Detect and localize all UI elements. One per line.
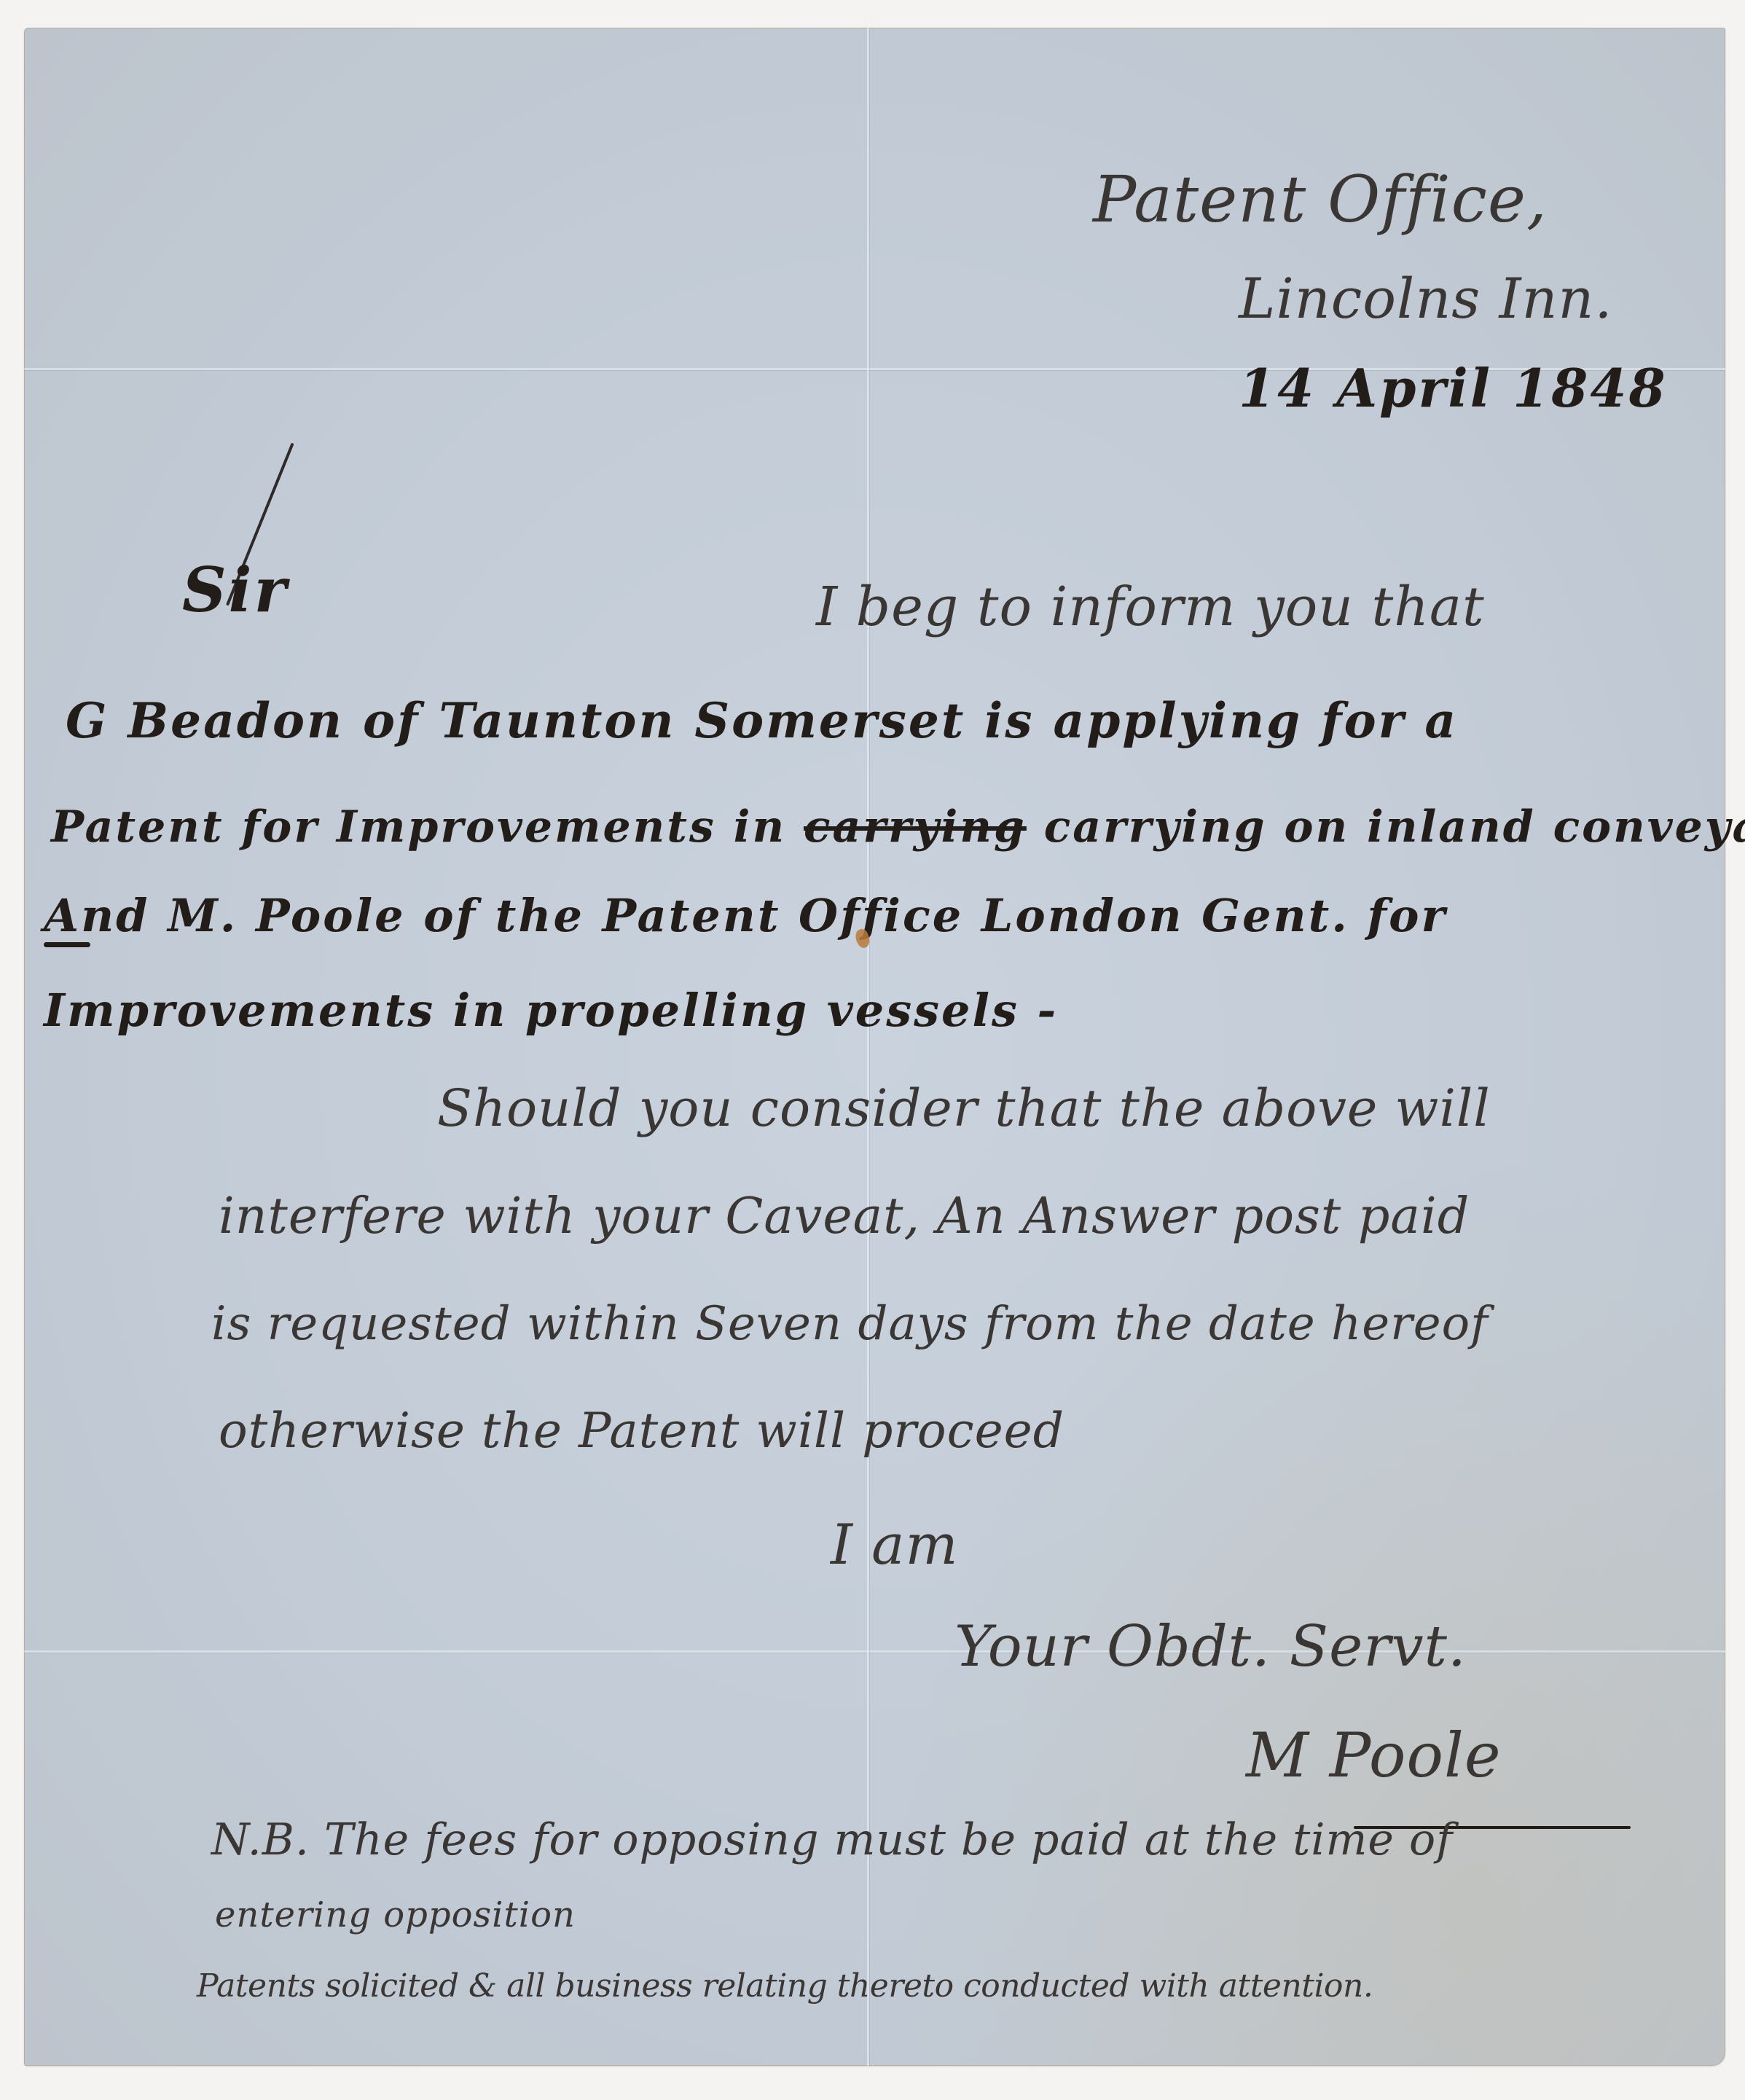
handwritten-line-2-end: carrying on inland conveyance xyxy=(1044,802,1745,853)
handwritten-line-3: And M. Poole of the Patent Office London… xyxy=(44,889,1447,942)
handwritten-line-2-start: Patent for Improvements in xyxy=(51,802,786,853)
printed-line-2: interfere with your Caveat, An Answer po… xyxy=(219,1188,1470,1245)
and-underline xyxy=(44,942,90,947)
opening-line: I beg to inform you that xyxy=(816,576,1485,638)
advertisement-line: Patents solicited & all business relatin… xyxy=(197,1967,1373,2005)
letterhead-office: Patent Office, xyxy=(1093,162,1548,237)
handwritten-line-4: Improvements in propelling vessels - xyxy=(44,984,1058,1037)
closing-servant: Your Obdt. Servt. xyxy=(954,1614,1467,1680)
letterhead-address: Lincolns Inn. xyxy=(1239,266,1613,331)
handwritten-line-1: G Beadon of Taunton Somerset is applying… xyxy=(66,692,1458,749)
closing-i-am: I am xyxy=(831,1512,959,1577)
underlined-and: And xyxy=(44,889,150,942)
fold-line-vertical xyxy=(867,28,869,2066)
handwritten-line-3-rest: M. Poole of the Patent Office London Gen… xyxy=(168,889,1447,942)
handwritten-line-2: Patent for Improvements in carrying carr… xyxy=(51,802,1745,853)
struck-word: carrying xyxy=(804,802,1027,853)
fold-line-bottom xyxy=(24,1650,1725,1653)
printed-line-1: Should you consider that the above will xyxy=(437,1078,1491,1138)
nb-line-1: N.B. The fees for opposing must be paid … xyxy=(211,1814,1453,1865)
salutation: Sir xyxy=(182,554,289,626)
printed-line-4: otherwise the Patent will proceed xyxy=(219,1403,1064,1459)
letter-date: 14 April 1848 xyxy=(1239,357,1668,419)
signature: M Poole xyxy=(1246,1720,1502,1791)
nb-line-2: entering opposition xyxy=(215,1895,576,1935)
printed-line-3: is requested within Seven days from the … xyxy=(211,1297,1489,1351)
